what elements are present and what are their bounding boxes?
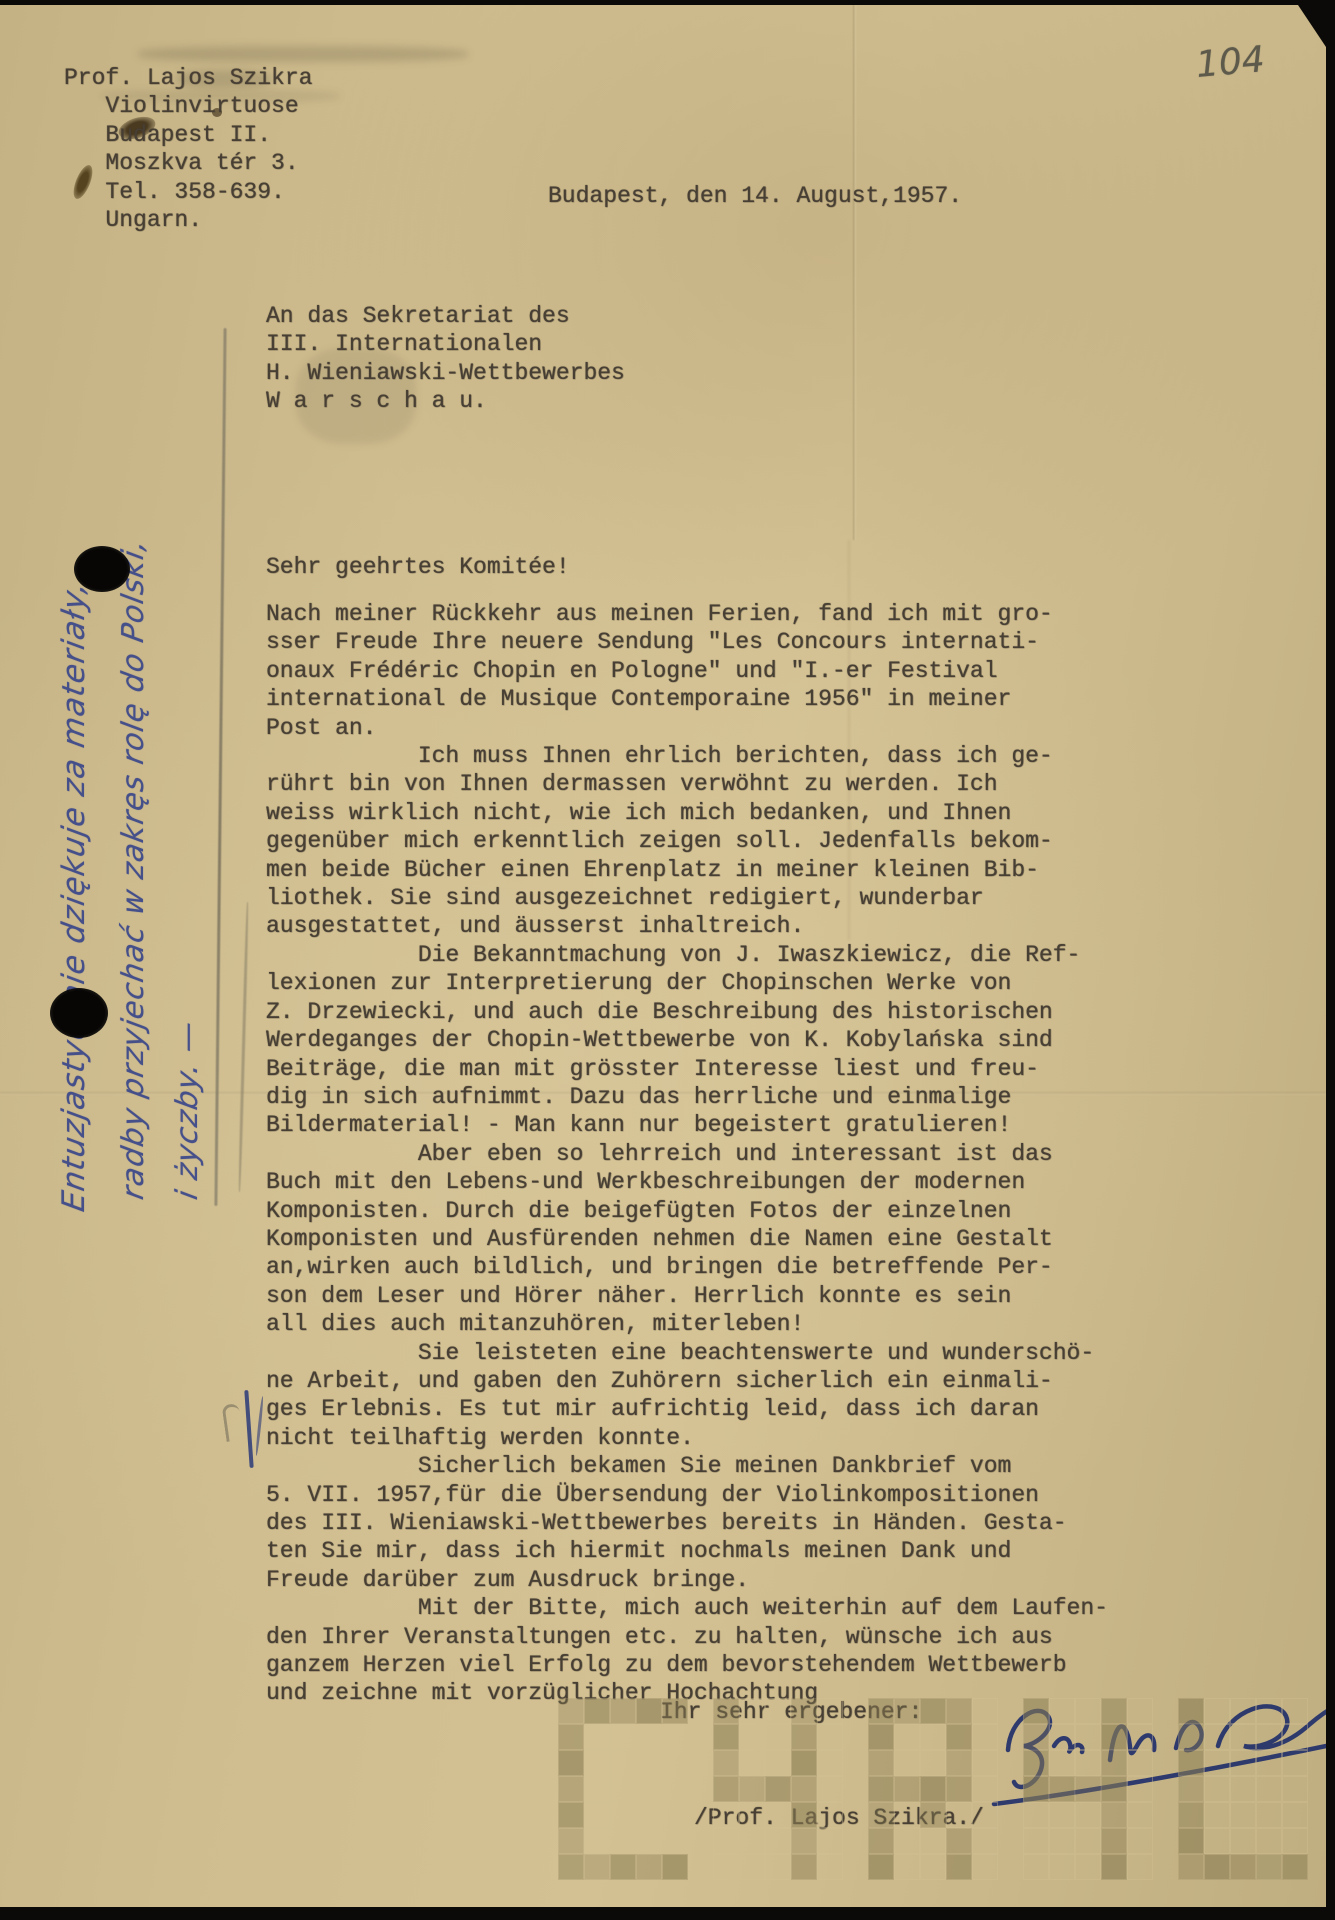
watermark-tile	[1127, 1698, 1153, 1724]
watermark-tile	[972, 1802, 998, 1828]
watermark-letter	[713, 1698, 843, 1880]
watermark-tile	[1049, 1776, 1075, 1802]
watermark-tile	[1256, 1750, 1282, 1776]
watermark-tile	[1101, 1854, 1127, 1880]
watermark-tile	[1075, 1802, 1101, 1828]
punch-hole	[74, 546, 130, 592]
watermark-tile	[1204, 1802, 1230, 1828]
watermark-tile	[1049, 1828, 1075, 1854]
sender-address-block: Prof. Lajos Szikra Violinvirtuose Budape…	[64, 64, 312, 234]
watermark-tile	[894, 1724, 920, 1750]
watermark-tile	[636, 1828, 662, 1854]
watermark-tile	[739, 1854, 765, 1880]
body-paragraph: Ich muss Ihnen ehrlich berichten, dass i…	[266, 742, 1096, 941]
watermark-tile	[558, 1776, 584, 1802]
watermark-tile	[610, 1776, 636, 1802]
watermark-tile	[1075, 1698, 1101, 1724]
watermark-tile	[791, 1724, 817, 1750]
watermark-tile	[972, 1776, 998, 1802]
watermark-tile	[1282, 1854, 1308, 1880]
watermark-tile	[946, 1828, 972, 1854]
watermark-tile	[662, 1750, 688, 1776]
watermark-tile	[1127, 1802, 1153, 1828]
recipient-address-block: An das Sekretariat des III. Internationa…	[266, 302, 625, 416]
watermark-tile	[610, 1802, 636, 1828]
watermark-tile	[791, 1854, 817, 1880]
watermark-tile	[1075, 1724, 1101, 1750]
watermark-tile	[765, 1724, 791, 1750]
letter-body: Nach meiner Rückkehr aus meinen Ferien, …	[266, 600, 1096, 1708]
watermark-letter	[1178, 1698, 1308, 1880]
watermark-tile	[610, 1854, 636, 1880]
watermark-tile	[610, 1698, 636, 1724]
watermark-tile	[868, 1776, 894, 1802]
watermark-tile	[946, 1854, 972, 1880]
watermark-tile	[1230, 1828, 1256, 1854]
watermark-tile	[765, 1776, 791, 1802]
watermark-tile	[1256, 1854, 1282, 1880]
watermark-tile	[1049, 1854, 1075, 1880]
watermark-tile	[713, 1802, 739, 1828]
margin-note-handwritten: i życzby. —	[170, 1018, 205, 1202]
watermark-tile	[868, 1828, 894, 1854]
body-paragraph: Sie leisteten eine beachtenswerte und wu…	[266, 1339, 1096, 1453]
digital-library-watermark	[558, 1698, 1333, 1880]
watermark-tile	[946, 1750, 972, 1776]
watermark-tile	[1178, 1802, 1204, 1828]
watermark-tile	[1204, 1750, 1230, 1776]
watermark-tile	[1127, 1828, 1153, 1854]
watermark-tile	[920, 1776, 946, 1802]
watermark-tile	[610, 1750, 636, 1776]
body-paragraph: Die Bekanntmachung von J. Iwaszkiewicz, …	[266, 941, 1096, 1140]
watermark-tile	[739, 1828, 765, 1854]
watermark-tile	[1178, 1698, 1204, 1724]
pencil-scribble	[222, 1403, 244, 1442]
watermark-tile	[894, 1776, 920, 1802]
watermark-tile	[1023, 1776, 1049, 1802]
watermark-tile	[558, 1750, 584, 1776]
watermark-tile	[584, 1828, 610, 1854]
watermark-tile	[765, 1698, 791, 1724]
watermark-tile	[1101, 1724, 1127, 1750]
watermark-tile	[1049, 1750, 1075, 1776]
watermark-tile	[791, 1750, 817, 1776]
watermark-tile	[584, 1802, 610, 1828]
watermark-tile	[765, 1854, 791, 1880]
watermark-tile	[817, 1776, 843, 1802]
watermark-tile	[584, 1698, 610, 1724]
watermark-tile	[1023, 1802, 1049, 1828]
watermark-tile	[1127, 1776, 1153, 1802]
watermark-tile	[972, 1698, 998, 1724]
watermark-tile	[1049, 1724, 1075, 1750]
watermark-tile	[739, 1776, 765, 1802]
watermark-tile	[1023, 1750, 1049, 1776]
watermark-tile	[610, 1828, 636, 1854]
watermark-tile	[894, 1750, 920, 1776]
watermark-tile	[946, 1802, 972, 1828]
watermark-tile	[1023, 1724, 1049, 1750]
watermark-tile	[1282, 1828, 1308, 1854]
ink-smudge	[138, 46, 468, 62]
watermark-tile	[817, 1698, 843, 1724]
watermark-tile	[765, 1828, 791, 1854]
watermark-tile	[1230, 1776, 1256, 1802]
watermark-tile	[946, 1698, 972, 1724]
watermark-tile	[1023, 1828, 1049, 1854]
watermark-tile	[1256, 1724, 1282, 1750]
watermark-tile	[739, 1724, 765, 1750]
scanned-letter-page: 104 Prof. Lajos Szikra Violinvirtuose Bu…	[0, 0, 1335, 1920]
watermark-tile	[1049, 1802, 1075, 1828]
watermark-tile	[636, 1724, 662, 1750]
watermark-tile	[1282, 1698, 1308, 1724]
watermark-tile	[610, 1724, 636, 1750]
watermark-tile	[894, 1802, 920, 1828]
watermark-tile	[636, 1750, 662, 1776]
margin-note-handwritten: Entuzjastycznie dziękuje za materiały,	[56, 579, 92, 1215]
watermark-tile	[765, 1750, 791, 1776]
watermark-tile	[1101, 1776, 1127, 1802]
watermark-tile	[636, 1854, 662, 1880]
watermark-tile	[1282, 1802, 1308, 1828]
watermark-tile	[713, 1750, 739, 1776]
watermark-tile	[1127, 1750, 1153, 1776]
watermark-tile	[894, 1698, 920, 1724]
dateline: Budapest, den 14. August,1957.	[548, 182, 962, 210]
vertical-fold-crease	[853, 0, 856, 540]
watermark-tile	[868, 1854, 894, 1880]
watermark-tile	[946, 1776, 972, 1802]
punch-hole	[50, 988, 108, 1038]
watermark-tile	[558, 1724, 584, 1750]
watermark-tile	[1101, 1698, 1127, 1724]
margin-note-handwritten: radby przyjechać w zakręs rolę do Polski…	[116, 536, 151, 1202]
watermark-tile	[1075, 1828, 1101, 1854]
body-paragraph: Aber eben so lehrreich und interessant i…	[266, 1140, 1096, 1339]
watermark-tile	[868, 1724, 894, 1750]
watermark-tile	[713, 1828, 739, 1854]
watermark-tile	[972, 1750, 998, 1776]
watermark-tile	[920, 1750, 946, 1776]
watermark-tile	[1127, 1724, 1153, 1750]
watermark-tile	[765, 1802, 791, 1828]
watermark-tile	[1256, 1776, 1282, 1802]
watermark-letter	[1023, 1698, 1153, 1880]
watermark-tile	[817, 1802, 843, 1828]
watermark-tile	[1256, 1698, 1282, 1724]
scan-edge	[0, 1907, 1335, 1920]
pencil-margin-bracket	[238, 902, 249, 1192]
watermark-letter	[558, 1698, 688, 1880]
salutation: Sehr geehrtes Komitée!	[266, 553, 570, 581]
archive-page-number: 104	[1194, 39, 1266, 86]
scan-edge	[1326, 0, 1335, 1920]
watermark-tile	[1023, 1854, 1049, 1880]
watermark-tile	[817, 1750, 843, 1776]
watermark-tile	[791, 1698, 817, 1724]
watermark-tile	[946, 1724, 972, 1750]
scan-edge	[0, 0, 1335, 5]
watermark-tile	[1178, 1854, 1204, 1880]
watermark-tile	[558, 1828, 584, 1854]
watermark-tile	[713, 1776, 739, 1802]
watermark-tile	[894, 1854, 920, 1880]
watermark-tile	[894, 1828, 920, 1854]
watermark-tile	[1204, 1854, 1230, 1880]
watermark-tile	[1282, 1776, 1308, 1802]
watermark-tile	[558, 1854, 584, 1880]
watermark-tile	[1049, 1698, 1075, 1724]
watermark-tile	[1204, 1776, 1230, 1802]
body-paragraph: Nach meiner Rückkehr aus meinen Ferien, …	[266, 600, 1096, 742]
watermark-tile	[558, 1698, 584, 1724]
watermark-tile	[1256, 1802, 1282, 1828]
watermark-tile	[817, 1854, 843, 1880]
watermark-tile	[920, 1828, 946, 1854]
watermark-tile	[662, 1776, 688, 1802]
watermark-tile	[868, 1750, 894, 1776]
watermark-tile	[1178, 1828, 1204, 1854]
watermark-tile	[1101, 1802, 1127, 1828]
watermark-tile	[1282, 1724, 1308, 1750]
watermark-tile	[662, 1698, 688, 1724]
watermark-tile	[739, 1750, 765, 1776]
watermark-tile	[1230, 1698, 1256, 1724]
watermark-tile	[662, 1854, 688, 1880]
body-paragraph: Sicherlich bekamen Sie meinen Dankbrief …	[266, 1452, 1096, 1594]
watermark-tile	[972, 1854, 998, 1880]
watermark-tile	[636, 1776, 662, 1802]
watermark-tile	[1023, 1698, 1049, 1724]
watermark-tile	[1230, 1802, 1256, 1828]
watermark-tile	[868, 1698, 894, 1724]
watermark-tile	[1204, 1828, 1230, 1854]
watermark-tile	[1075, 1750, 1101, 1776]
watermark-tile	[1204, 1724, 1230, 1750]
watermark-tile	[636, 1698, 662, 1724]
body-paragraph: Mit der Bitte, mich auch weiterhin auf d…	[266, 1594, 1096, 1708]
watermark-tile	[920, 1724, 946, 1750]
watermark-tile	[1178, 1750, 1204, 1776]
watermark-letter	[868, 1698, 998, 1880]
blue-ink-margin-mark	[255, 1396, 264, 1456]
watermark-tile	[1101, 1828, 1127, 1854]
pencil-margin-line	[214, 328, 226, 1206]
blue-ink-margin-mark	[244, 1390, 253, 1468]
watermark-tile	[1230, 1724, 1256, 1750]
watermark-tile	[713, 1698, 739, 1724]
watermark-tile	[791, 1776, 817, 1802]
watermark-tile	[972, 1828, 998, 1854]
watermark-tile	[791, 1828, 817, 1854]
watermark-tile	[1230, 1750, 1256, 1776]
watermark-tile	[1127, 1854, 1153, 1880]
watermark-tile	[713, 1854, 739, 1880]
watermark-tile	[920, 1698, 946, 1724]
scan-corner-shadow	[1298, 5, 1326, 47]
watermark-tile	[1282, 1750, 1308, 1776]
watermark-tile	[584, 1724, 610, 1750]
watermark-tile	[1256, 1828, 1282, 1854]
watermark-tile	[1178, 1724, 1204, 1750]
watermark-tile	[1178, 1776, 1204, 1802]
watermark-tile	[558, 1802, 584, 1828]
watermark-tile	[868, 1802, 894, 1828]
watermark-tile	[584, 1750, 610, 1776]
watermark-tile	[662, 1724, 688, 1750]
watermark-tile	[584, 1776, 610, 1802]
watermark-tile	[920, 1854, 946, 1880]
watermark-tile	[1204, 1698, 1230, 1724]
watermark-tile	[791, 1802, 817, 1828]
watermark-tile	[817, 1828, 843, 1854]
watermark-tile	[1230, 1854, 1256, 1880]
watermark-tile	[1075, 1854, 1101, 1880]
watermark-tile	[739, 1802, 765, 1828]
watermark-tile	[713, 1724, 739, 1750]
watermark-tile	[662, 1828, 688, 1854]
watermark-tile	[972, 1724, 998, 1750]
watermark-tile	[636, 1802, 662, 1828]
watermark-tile	[662, 1802, 688, 1828]
watermark-tile	[920, 1802, 946, 1828]
watermark-tile	[584, 1854, 610, 1880]
watermark-tile	[739, 1698, 765, 1724]
watermark-tile	[1101, 1750, 1127, 1776]
watermark-tile	[817, 1724, 843, 1750]
watermark-tile	[1075, 1776, 1101, 1802]
